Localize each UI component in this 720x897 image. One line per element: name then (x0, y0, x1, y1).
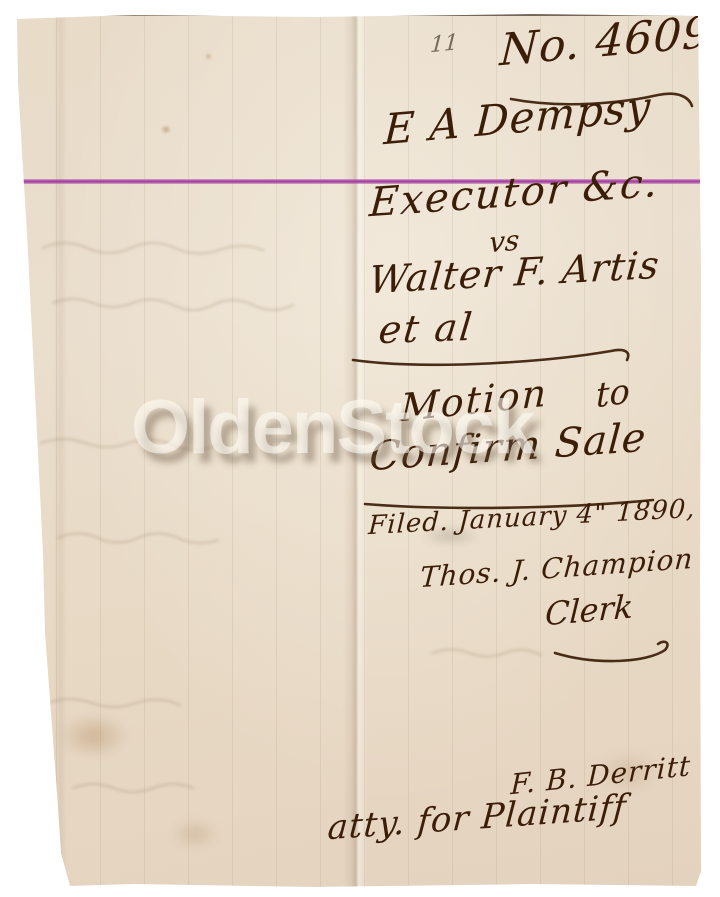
defendant-name: Walter F. Artis (368, 246, 662, 299)
attorney-role: atty. for Plaintiff (327, 790, 628, 845)
photo-backdrop: 11 No. 4609 E A Dempsy Executor &c. vs W… (0, 0, 720, 897)
plaintiff-title: Executor &c. (368, 163, 660, 224)
pencil-mark: 11 (429, 32, 458, 57)
motion-title-to: to (596, 374, 630, 413)
et-al-underline (353, 350, 628, 365)
motion-title-word: Motion (400, 373, 549, 427)
left-fold-crease (53, 13, 67, 888)
clerk-title: Clerk (544, 590, 634, 630)
foxing-speck (161, 125, 171, 134)
stain-blotch (58, 713, 130, 759)
foxing-speck (205, 53, 212, 60)
clerk-name: Thos. J. Champion (419, 545, 694, 592)
defendant-suffix: et al (377, 308, 476, 349)
plaintiff-name: E A Dempsy (383, 86, 652, 152)
case-number: No. 4609 (499, 11, 713, 74)
stain-blotch (171, 819, 219, 849)
filed-date-line: Filed. January 4" 1890, (368, 496, 697, 539)
center-fold-crease (343, 13, 367, 888)
clerk-flourish (555, 642, 667, 661)
document-page: 11 No. 4609 E A Dempsy Executor &c. vs W… (13, 13, 701, 888)
